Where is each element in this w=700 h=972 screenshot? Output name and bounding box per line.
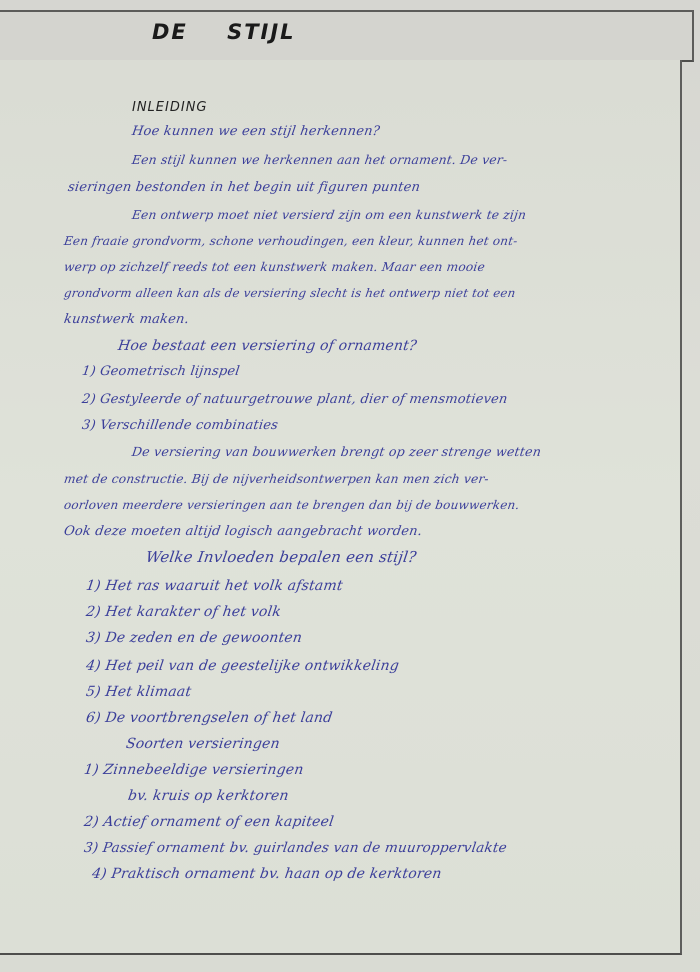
- list-item: 1) Geometrisch lijnspel: [81, 364, 241, 379]
- list-item-example: bv. kruis op kerktoren: [127, 788, 290, 804]
- list-item: 2) Het karakter of het volk: [85, 604, 282, 620]
- list-item: 1) Het ras waaruit het volk afstamt: [85, 578, 344, 594]
- text-line: werp op zichzelf reeds tot een kunstwerk…: [63, 260, 486, 274]
- list-item: 3) Passief ornament bv. guirlandes van d…: [83, 840, 508, 856]
- text-line: kunstwerk maken.: [63, 312, 190, 327]
- list-item: 1) Zinnebeeldige versieringen: [83, 762, 305, 778]
- list-item: 4) Praktisch ornament bv. haan op de ker…: [91, 866, 443, 882]
- question-line: Welke Invloeden bepalen een stijl?: [145, 548, 418, 566]
- list-item: 2) Gestyleerde of natuurgetrouwe plant, …: [81, 392, 509, 407]
- list-item: 6) De voortbrengselen of het land: [85, 710, 334, 726]
- text-line: oorloven meerdere versieringen aan te br…: [63, 498, 520, 512]
- notebook-page: DE STIJL INLEIDING Hoe kunnen we een sti…: [0, 0, 700, 972]
- list-item: 4) Het peil van de geestelijke ontwikkel…: [85, 658, 400, 674]
- text-line: Een fraaie grondvorm, schone verhoudinge…: [63, 234, 519, 248]
- text-line: sieringen bestonden in het begin uit fig…: [67, 180, 421, 195]
- list-item: 3) De zeden en de gewoonten: [85, 630, 303, 646]
- text-line: grondvorm alleen kan als de versiering s…: [63, 286, 516, 300]
- question-line: Hoe kunnen we een stijl herkennen?: [131, 124, 381, 139]
- section-heading: INLEIDING: [132, 100, 208, 115]
- text-line: met de constructie. Bij de nijverheidson…: [63, 472, 490, 486]
- title-band: [0, 10, 694, 62]
- text-line: Ook deze moeten altijd logisch aangebrac…: [63, 524, 423, 539]
- section-subheading: Soorten versieringen: [125, 736, 281, 752]
- text-line: De versiering van bouwwerken brengt op z…: [131, 444, 542, 459]
- text-line: Een stijl kunnen we herkennen aan het or…: [131, 152, 509, 167]
- list-item: 3) Verschillende combinaties: [81, 418, 279, 433]
- text-line: Een ontwerp moet niet versierd zijn om e…: [131, 208, 527, 222]
- question-line: Hoe bestaat een versiering of ornament?: [117, 338, 418, 354]
- list-item: 2) Actief ornament of een kapiteel: [83, 814, 335, 830]
- page-title: DE STIJL: [152, 20, 296, 44]
- list-item: 5) Het klimaat: [85, 684, 192, 700]
